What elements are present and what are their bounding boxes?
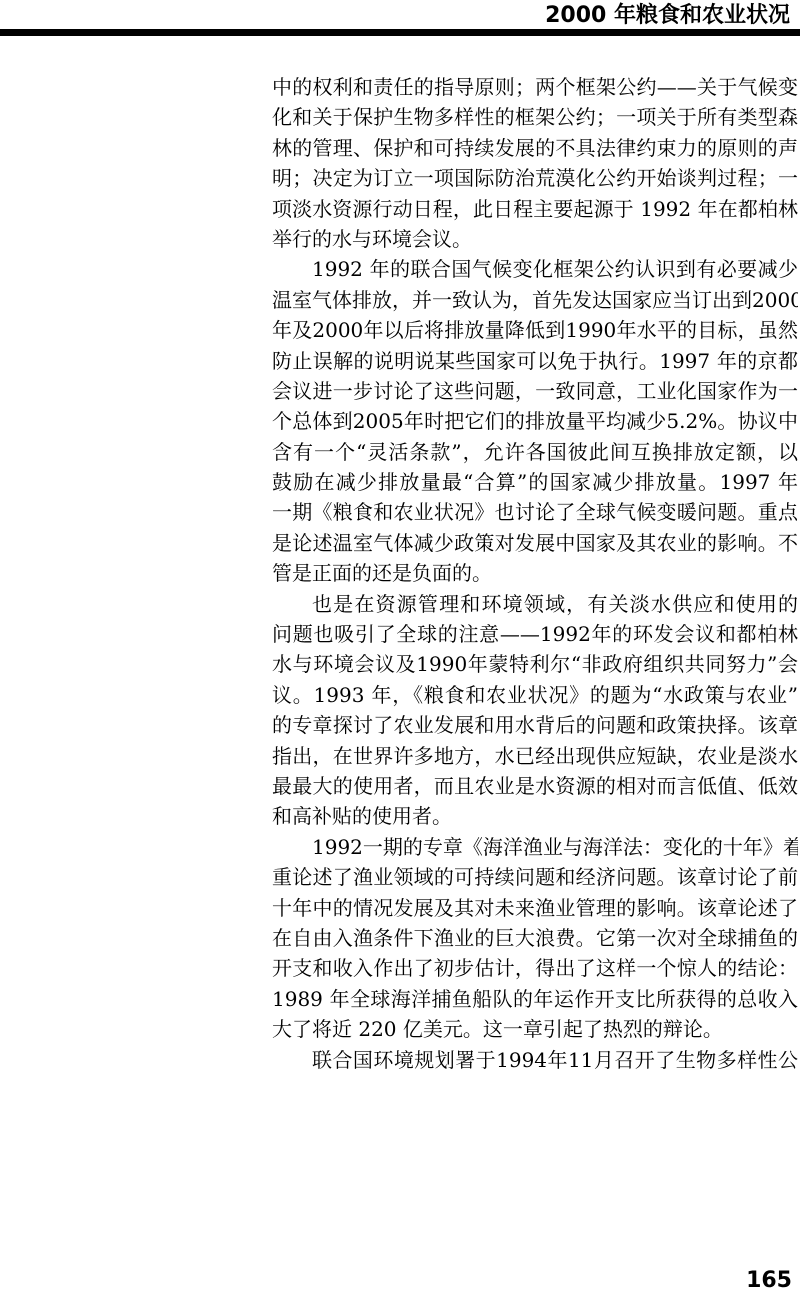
text-line: 在自由入渔条件下渔业的巨大浪费。它第一次对全球捕鱼的 xyxy=(272,923,798,953)
text-line: 项淡水资源行动日程，此日程主要起源于 1992 年在都柏林 xyxy=(272,194,798,224)
text-line: 重论述了渔业领域的可持续问题和经济问题。该章讨论了前 xyxy=(272,862,798,892)
text-line: 指出，在世界许多地方，水已经出现供应短缺，农业是淡水 xyxy=(272,741,798,771)
text-line: 是论述温室气体减少政策对发展中国家及其农业的影响。不 xyxy=(272,528,798,558)
text-line: 含有一个“灵活条款”，允许各国彼此间互换排放定额，以 xyxy=(272,437,798,467)
text-line: 开支和收入作出了初步估计，得出了这样一个惊人的结论： xyxy=(272,953,798,983)
text-line: 1989 年全球海洋捕鱼船队的年运作开支比所获得的总收入 xyxy=(272,984,798,1014)
text-line: 举行的水与环境会议。 xyxy=(272,224,798,254)
text-line: 管是正面的还是负面的。 xyxy=(272,558,798,588)
text-line: 问题也吸引了全球的注意——1992年的环发会议和都柏林 xyxy=(272,619,798,649)
text-line: 十年中的情况发展及其对未来渔业管理的影响。该章论述了 xyxy=(272,893,798,923)
paragraph-first-line: 也是在资源管理和环境领域，有关淡水供应和使用的 xyxy=(272,589,798,619)
text-line: 林的管理、保护和可持续发展的不具法律约束力的原则的声 xyxy=(272,133,798,163)
text-line: 议。1993 年，《粮食和农业状况》的题为“水政策与农业” xyxy=(272,680,798,710)
paragraph-first-line: 1992一期的专章《海洋渔业与海洋法：变化的十年》着 xyxy=(272,832,798,862)
text-line: 鼓励在减少排放量最“合算”的国家减少排放量。1997 年 xyxy=(272,467,798,497)
paragraph-first-line: 1992 年的联合国气候变化框架公约认识到有必要减少 xyxy=(272,254,798,284)
text-line: 最最大的使用者，而且农业是水资源的相对而言低值、低效 xyxy=(272,771,798,801)
text-line: 一期《粮食和农业状况》也讨论了全球气候变暖问题。重点 xyxy=(272,497,798,527)
text-line: 水与环境会议及1990年蒙特利尔“非政府组织共同努力”会 xyxy=(272,649,798,679)
text-line: 和高补贴的使用者。 xyxy=(272,801,798,831)
text-line: 中的权利和责任的指导原则；两个框架公约——关于气候变 xyxy=(272,72,798,102)
text-line: 大了将近 220 亿美元。这一章引起了热烈的辩论。 xyxy=(272,1014,798,1044)
paragraph-first-line: 联合国环境规划署于1994年11月召开了生物多样性公 xyxy=(272,1045,798,1075)
page-number: 165 xyxy=(746,1268,792,1294)
text-line: 明；决定为订立一项国际防治荒漠化公约开始谈判过程；一 xyxy=(272,163,798,193)
text-line: 化和关于保护生物多样性的框架公约；一项关于所有类型森 xyxy=(272,102,798,132)
header-rule xyxy=(0,29,800,36)
body-text: 中的权利和责任的指导原则；两个框架公约——关于气候变化和关于保护生物多样性的框架… xyxy=(272,72,798,1075)
running-head-title: 2000 年粮食和农业状况 xyxy=(545,2,790,30)
text-line: 个总体到2005年时把它们的排放量平均减少5.2%。协议中 xyxy=(272,406,798,436)
text-line: 的专章探讨了农业发展和用水背后的问题和政策抉择。该章 xyxy=(272,710,798,740)
text-line: 年及2000年以后将排放量降低到1990年水平的目标，虽然 xyxy=(272,315,798,345)
text-line: 防止误解的说明说某些国家可以免于执行。1997 年的京都 xyxy=(272,346,798,376)
text-line: 会议进一步讨论了这些问题，一致同意，工业化国家作为一 xyxy=(272,376,798,406)
text-line: 温室气体排放，并一致认为，首先发达国家应当订出到2000 xyxy=(272,285,798,315)
